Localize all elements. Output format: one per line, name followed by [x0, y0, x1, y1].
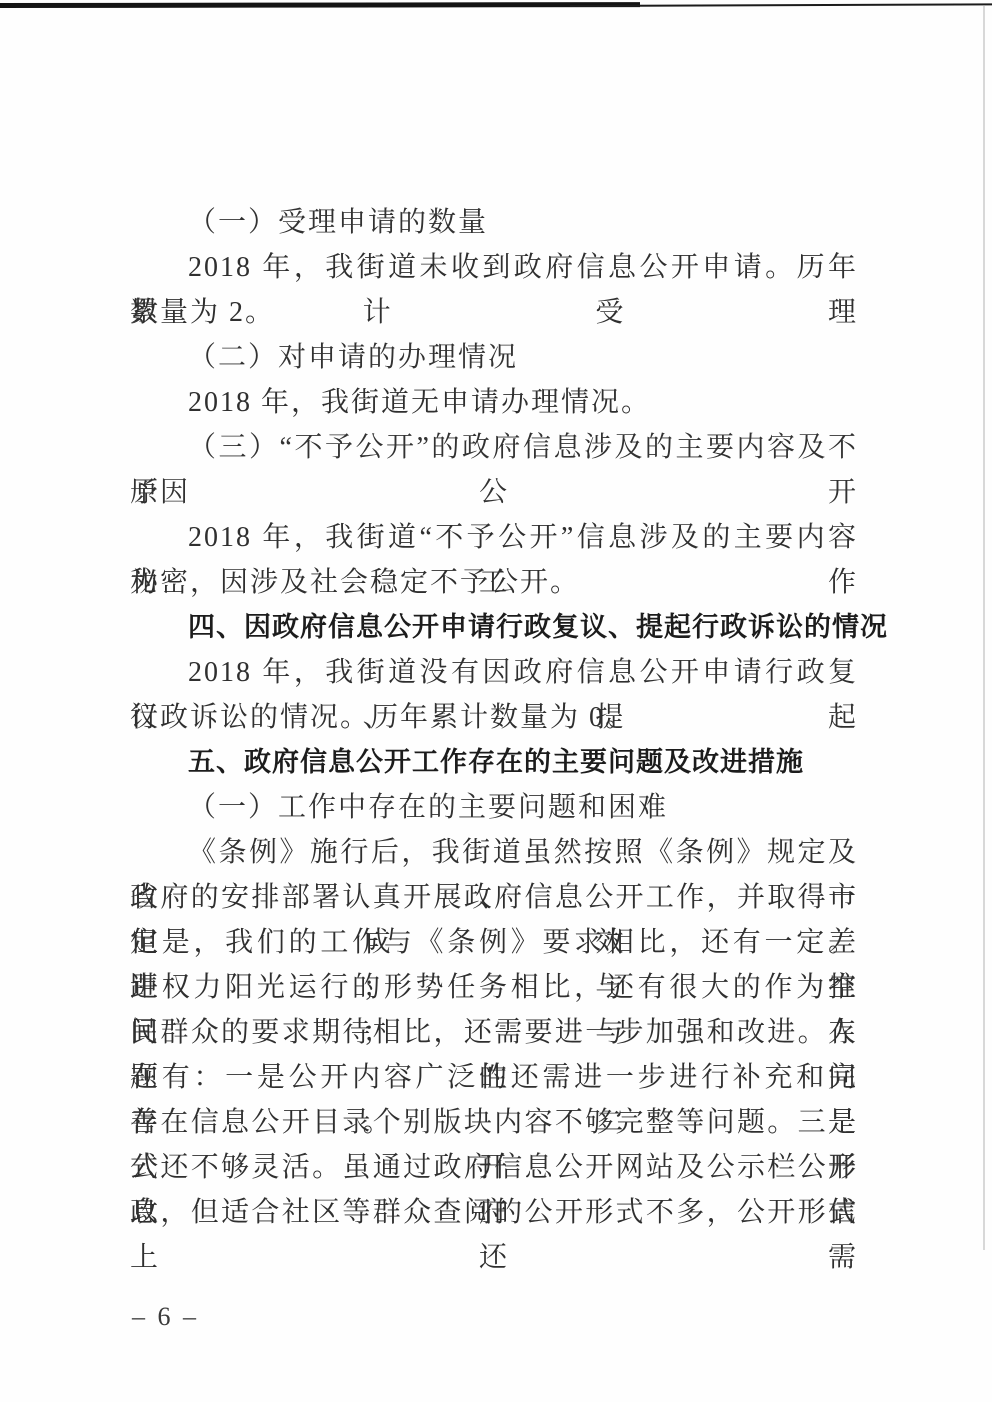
scan-edge-right [983, 6, 985, 1250]
text-line: 四、因政府信息公开申请行政复议、提起行政诉讼的情况 [130, 605, 858, 650]
text-line: 政府的安排部署认真开展政府信息公开工作，并取得一定成效。 [130, 875, 858, 920]
text-line: 五、政府信息公开工作存在的主要问题及改进措施 [130, 740, 858, 785]
scan-edge-top-right [570, 3, 992, 7]
page-number: – 6 – [132, 1302, 199, 1332]
document-body: （一）受理申请的数量2018 年，我街道未收到政府信息公开申请。历年累计受理数量… [130, 200, 858, 1235]
text-line: 息，但适合社区等群众查阅的公开形式不多，公开形式上还需 [130, 1190, 858, 1235]
text-line: （三）“不予公开”的政府信息涉及的主要内容及不予公开 [130, 425, 858, 470]
text-line: 2018 年，我街道没有因政府信息公开申请行政复议、提起 [130, 650, 858, 695]
text-line: （一）受理申请的数量 [130, 200, 858, 245]
text-line: （二）对申请的办理情况 [130, 335, 858, 380]
text-line: 存在信息公开目录个别版块内容不够完整等问题。三是公开形 [130, 1100, 858, 1145]
text-line: 2018 年，我街道“不予公开”信息涉及的主要内容为工作 [130, 515, 858, 560]
text-line: 但是，我们的工作与《条例》要求相比，还有一定差距；与推 [130, 920, 858, 965]
text-line: 2018 年，我街道未收到政府信息公开申请。历年累计受理 [130, 245, 858, 290]
text-line: 进权力阳光运行的形势任务相比，还有很大的作为空间；与人 [130, 965, 858, 1010]
scan-edge-top-left [0, 2, 640, 8]
text-line: （一）工作中存在的主要问题和困难 [130, 785, 858, 830]
text-line: 民群众的要求期待相比，还需要进一步加强和改进。存在的问 [130, 1010, 858, 1055]
text-line: 《条例》施行后，我街道虽然按照《条例》规定及省、市 [130, 830, 858, 875]
text-line: 2018 年，我街道无申请办理情况。 [130, 380, 858, 425]
document-page: （一）受理申请的数量2018 年，我街道未收到政府信息公开申请。历年累计受理数量… [0, 0, 992, 1402]
text-line: 题有：一是公开内容广泛性还需进一步进行补充和完善。二是 [130, 1055, 858, 1100]
text-line: 式还不够灵活。虽通过政府信息公开网站及公示栏公开政府信 [130, 1145, 858, 1190]
